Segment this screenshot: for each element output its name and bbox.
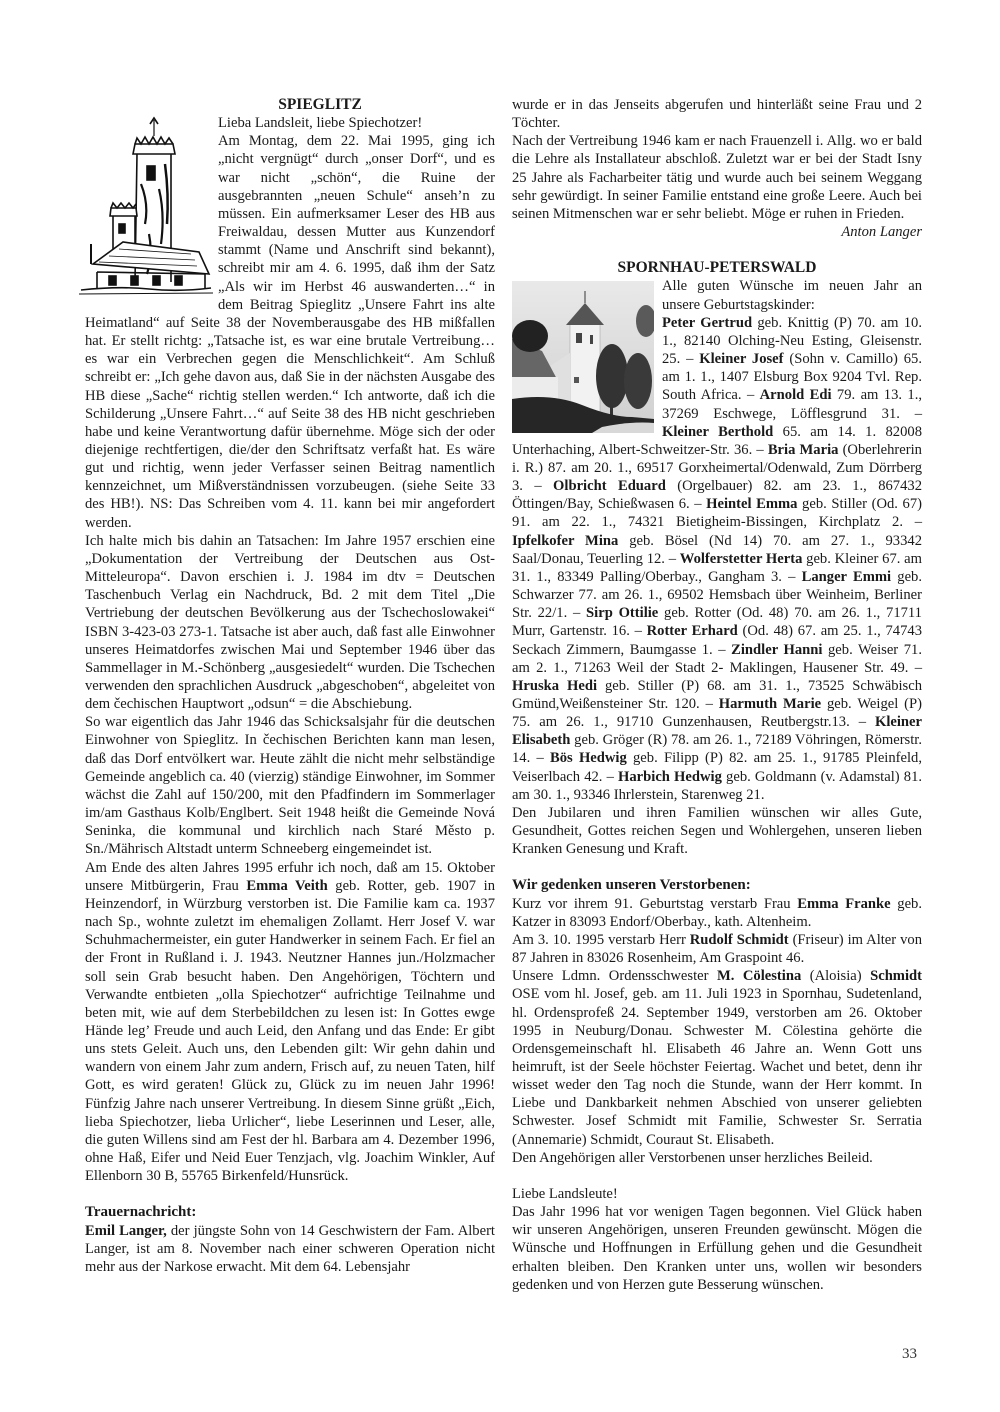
birthday-name: Kleiner Berthold: [662, 424, 773, 440]
trauer-paragraph: Emil Langer, der jüngste Sohn von 14 Ges…: [85, 1222, 495, 1276]
spieglitz-paragraph-3: So war eigentlich das Jahr 1946 das Schi…: [85, 713, 495, 858]
birthday-name: Bös Hedwig: [550, 750, 627, 766]
birthday-name: Bria Maria: [768, 442, 839, 458]
section-heading-trauernachricht: Trauernachricht:: [85, 1203, 495, 1221]
birthday-name: Sirp Ottilie: [586, 605, 658, 621]
tower-drawing-icon: [79, 114, 214, 299]
text: (Aloisia): [801, 968, 870, 984]
birthday-name: Hruska Hedi: [512, 678, 597, 694]
closing-paragraph: Das Jahr 1996 hat vor wenigen Tagen bego…: [512, 1203, 922, 1294]
spacer: [512, 1167, 922, 1185]
birthday-name: Harbich Hedwig: [618, 769, 722, 785]
birthday-name: Zindler Hanni: [731, 642, 822, 658]
birthday-name: Peter Gertrud: [662, 315, 752, 331]
section-heading-gedenken: Wir gedenken unseren Verstorbenen:: [512, 876, 922, 894]
trauer-continuation-2: Nach der Vertreibung 1946 kam er nach Fr…: [512, 132, 922, 223]
right-column: wurde er in das Jenseits abgerufen und h…: [512, 96, 922, 1294]
spacer: [512, 858, 922, 876]
birthday-name: Heintel Emma: [706, 496, 797, 512]
church-photo: [512, 281, 654, 433]
spieglitz-paragraph-4: Am Ende des alten Jahres 1995 erfuhr ich…: [85, 859, 495, 1186]
church-photo-image: [512, 281, 654, 433]
spacer: [85, 1185, 495, 1203]
birthday-wishes: Den Jubilaren und ihren Familien wünsche…: [512, 804, 922, 858]
obituary-entry: Unsere Ldmn. Ordensschwester M. Cölestin…: [512, 967, 922, 1149]
obituary-entry: Kurz vor ihrem 91. Geburtstag verstarb F…: [512, 895, 922, 931]
person-name: Emma Veith: [246, 878, 327, 894]
birthday-name: Arnold Edi: [760, 387, 832, 403]
birthday-name: Rotter Erhard: [647, 623, 738, 639]
closing-salutation: Liebe Landsleute!: [512, 1185, 922, 1203]
obituary-entry: Am 3. 10. 1995 verstarb Herr Rudolf Schm…: [512, 931, 922, 967]
condolence-line: Den Angehörigen aller Verstorbenen unser…: [512, 1149, 922, 1167]
tower-illustration: [79, 114, 214, 299]
signature: Anton Langer: [841, 223, 922, 241]
section-title-spornhau: SPORNHAU-PETERSWALD: [512, 259, 922, 277]
text: Unsere Ldmn. Ordensschwester: [512, 968, 717, 984]
person-name: Emil Langer,: [85, 1223, 167, 1239]
birthday-name: Ipfelkofer Mina: [512, 533, 618, 549]
birthday-name: Langer Emmi: [802, 569, 891, 585]
trauer-continuation-1: wurde er in das Jenseits abgerufen und h…: [512, 96, 922, 132]
text: geb. Rotter, geb. 1907 in Heinzendorf, i…: [85, 878, 495, 1185]
text: Nach der Vertreibung 1946 kam er nach Fr…: [512, 133, 922, 222]
text: Am 3. 10. 1995 verstarb Herr: [512, 932, 690, 948]
birthday-name: Kleiner Josef: [699, 351, 783, 367]
person-name: Emma Franke: [797, 896, 890, 912]
text: OSE vom hl. Josef, geb. am 11. Juli 1923…: [512, 986, 922, 1147]
person-name: M. Cölestina: [717, 968, 801, 984]
left-column: SPIEGLITZ: [85, 96, 495, 1276]
text: Kurz vor ihrem 91. Geburtstag verstarb F…: [512, 896, 797, 912]
page-number: 33: [902, 1346, 917, 1363]
section-title-spieglitz: SPIEGLITZ: [145, 96, 495, 114]
person-name: Schmidt: [870, 968, 922, 984]
birthday-name: Harmuth Marie: [719, 696, 821, 712]
person-name: Rudolf Schmidt: [690, 932, 789, 948]
birthday-name: Wolferstetter Herta: [680, 551, 803, 567]
birthday-name: Olbricht Eduard: [553, 478, 666, 494]
spieglitz-paragraph-2: Ich halte mich bis dahin an Tatsachen: I…: [85, 532, 495, 714]
spacer: [512, 241, 922, 259]
